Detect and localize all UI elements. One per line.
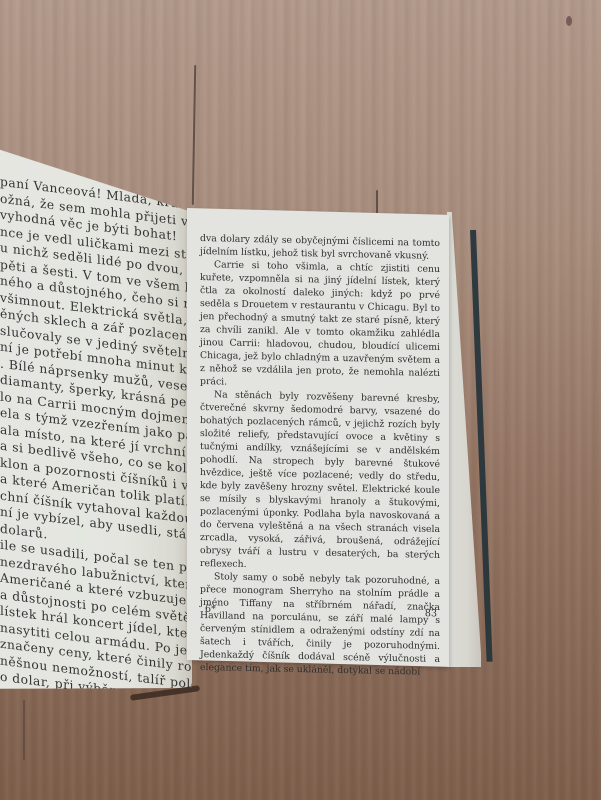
- paragraph: Carrie si toho všimla, a chtíc zjistiti …: [200, 258, 440, 393]
- left-page-text: paní Vanceová! Mladá, krásná a nepoš tak…: [0, 174, 200, 776]
- page-number: 83: [425, 608, 437, 619]
- left-page: paní Vanceová! Mladá, krásná a nepoš tak…: [0, 140, 192, 727]
- text-line: něrném hotelu přes noc. Pál druhého al: [0, 735, 200, 776]
- wood-grain-line: [192, 65, 196, 205]
- wood-grain-line: [23, 700, 25, 760]
- paragraph: Na stěnách byly rozvěšeny barevné kresby…: [200, 388, 440, 575]
- text-line: které by bylo bývalo možno ubytovat: [0, 718, 200, 759]
- signature-mark: 6*: [205, 604, 216, 615]
- paragraph: Stoly samy o sobě nebyly tak pozoruhodné…: [200, 570, 440, 679]
- wood-knot: [566, 16, 572, 26]
- text-line: tucet. Předkrmy, rybí nebo masité, a: [0, 702, 200, 743]
